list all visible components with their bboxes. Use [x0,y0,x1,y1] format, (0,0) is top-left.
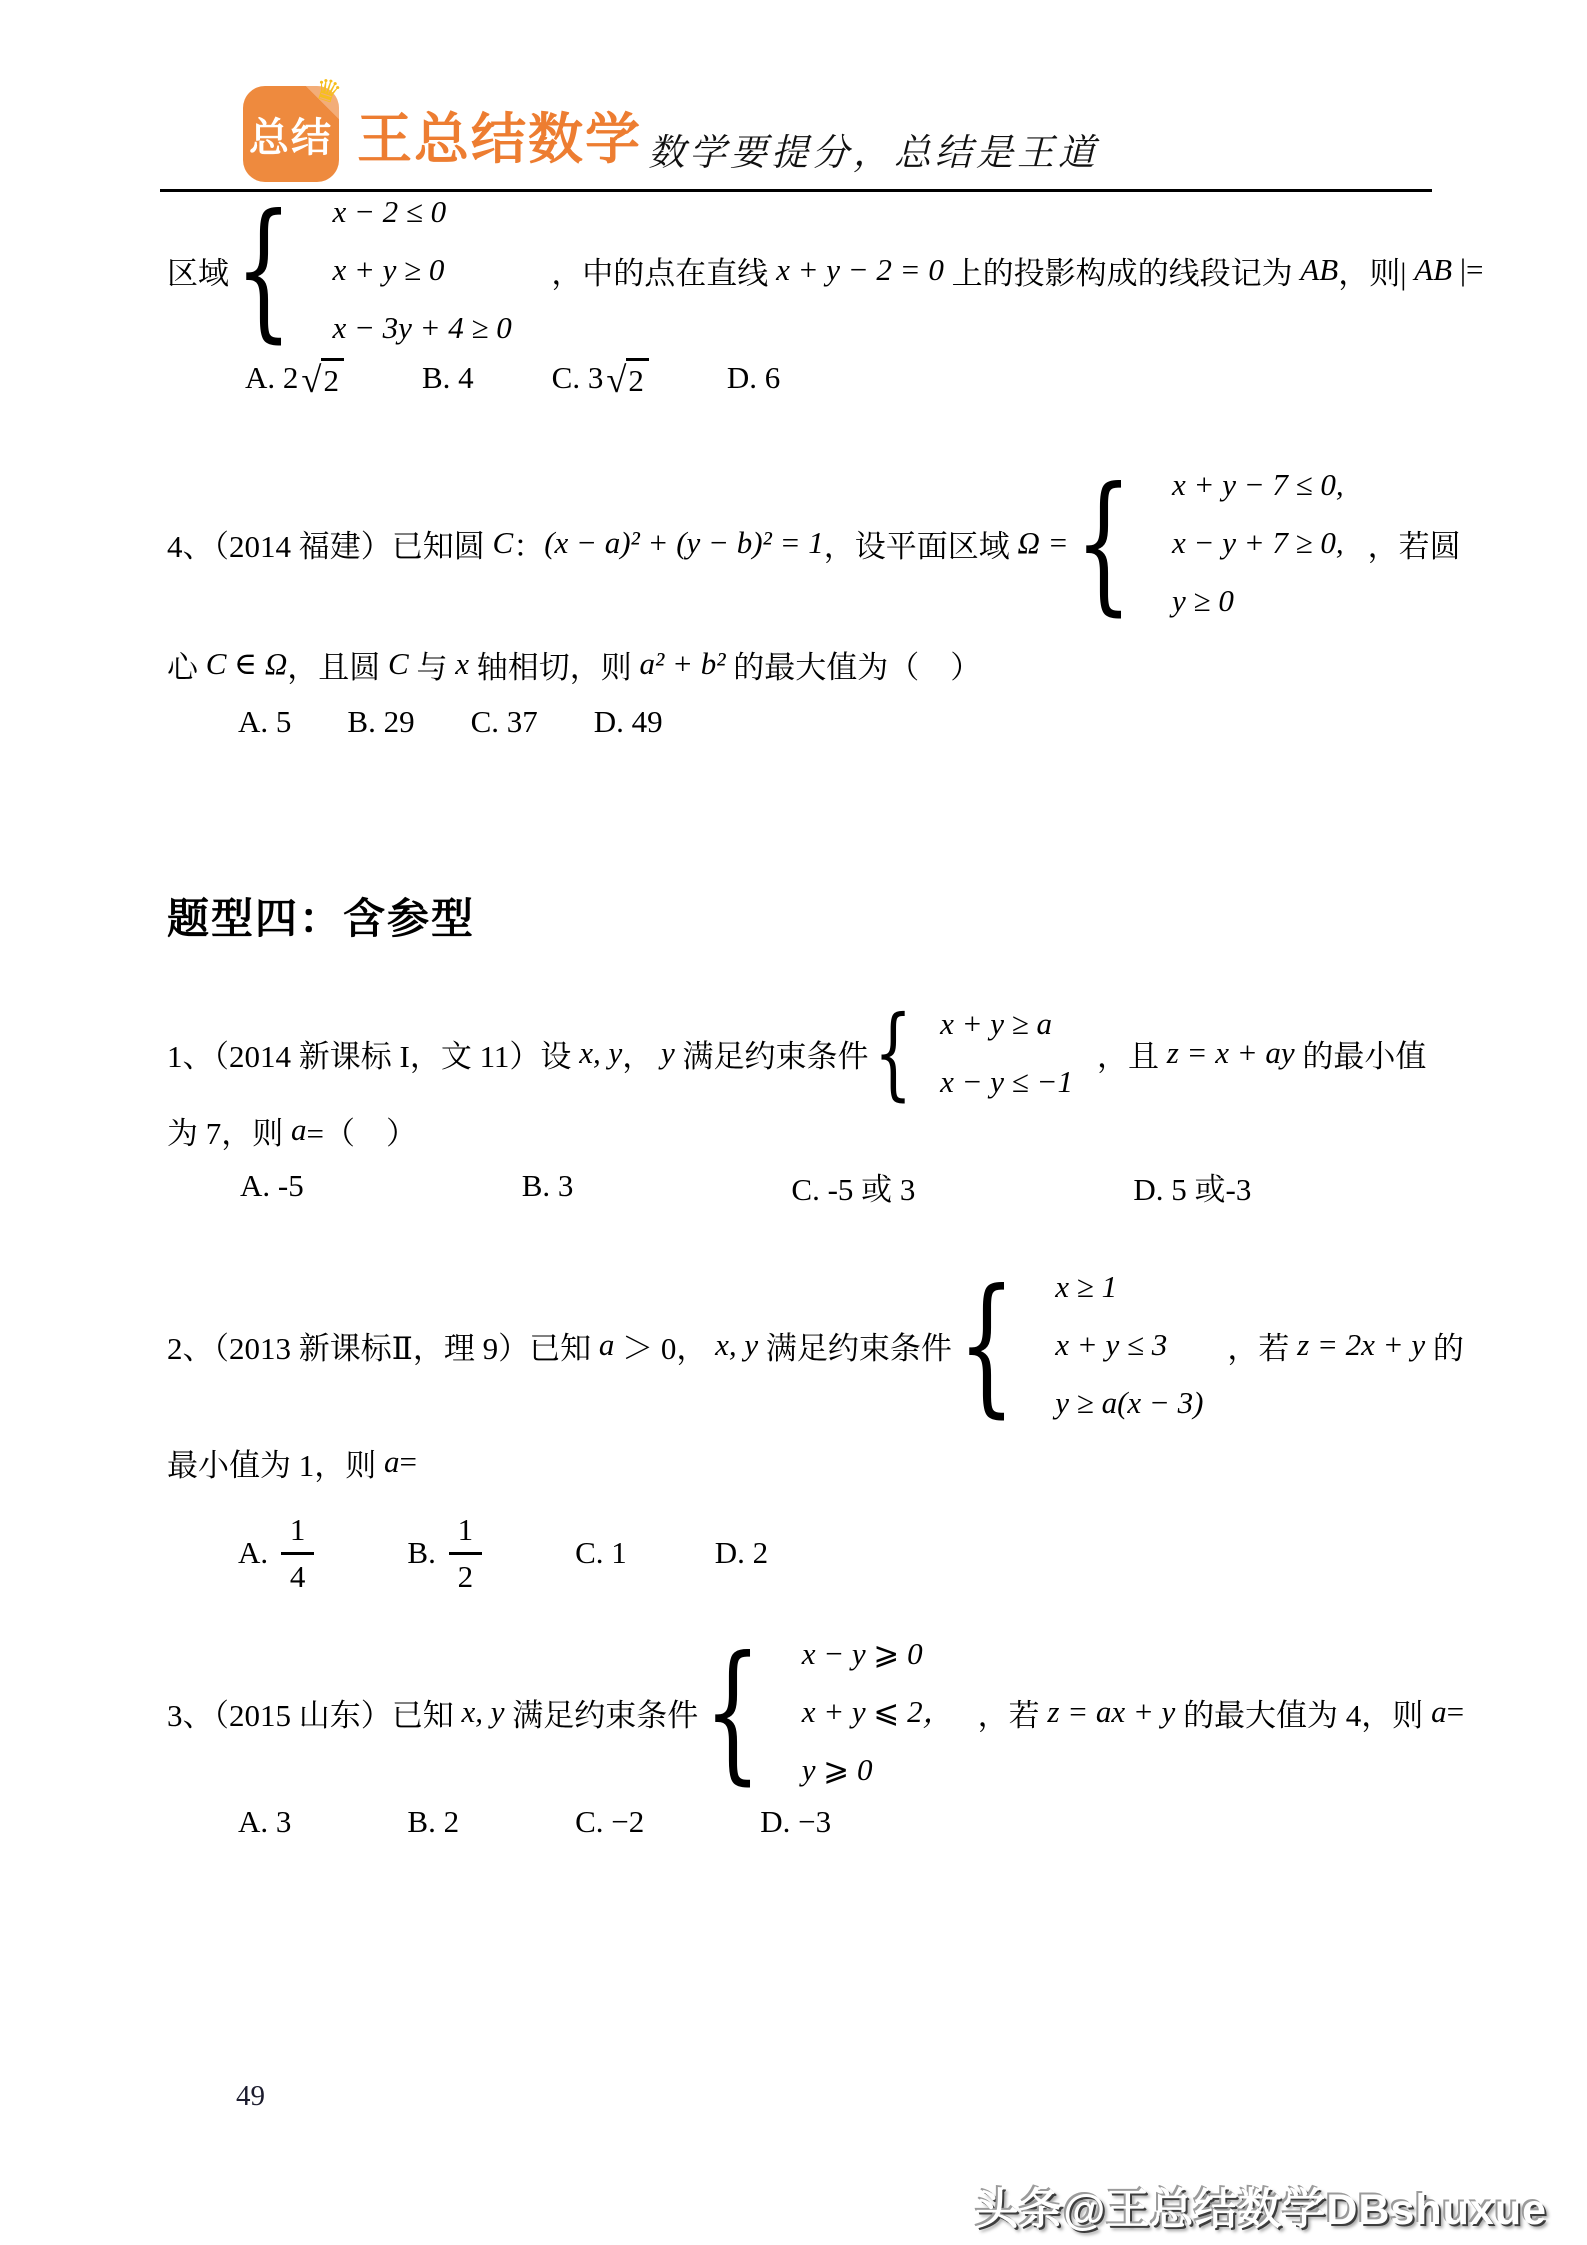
text-segment: 满足约束条件 [505,1690,699,1735]
brand-name: 王总结数学 [357,95,642,174]
text-segment: A. 3 [238,1804,291,1840]
text-segment: = [400,1444,417,1480]
text-segment: 的最大值为 4，则 [1175,1690,1431,1735]
math-segment: a [599,1327,615,1363]
math-segment: AB [1414,252,1452,288]
text-segment: A. 5 [238,704,291,740]
text-segment: 1、（2014 新课标 I，文 11）设 [167,1031,579,1076]
option-b: B. 29 [347,704,414,740]
fraction: 12 [449,1512,483,1594]
equation: x + y ⩽ 2， [802,1683,954,1741]
text-segment: 与 [409,642,456,687]
document-page: ♛ 总结 王总结数学 数学要提分，总结是王道 区域{x − 2 ≤ 0x + y… [0,0,1587,2245]
text-segment: 轴相切，则 [469,642,640,687]
radicand: 2 [321,358,344,399]
math-segment: C ∈ Ω [206,646,288,682]
header: ♛ 总结 王总结数学 [243,86,642,182]
option-a: A. -5 [240,1168,304,1204]
text-segment: 的最大值为（ ） [726,642,982,687]
problem-region-options: A. 2√2 B. 4 C. 3√2 D. 6 [245,352,780,404]
brand-logo: ♛ 总结 [243,86,339,182]
text-segment: D. 49 [594,704,663,740]
radical-sign: √ [301,362,321,399]
text-segment: 心 [167,642,206,687]
text-segment: 为 7，则 [167,1108,291,1153]
problem-4-line-2: 心 C ∈ Ω，且圆 C 与 x 轴相切，则 a² + b² 的最大值为（ ） [167,640,981,688]
math-segment: a [291,1112,307,1148]
equation: y ⩾ 0 [802,1741,954,1799]
question-3-options: A. 3 B. 2 C. −2 D. −3 [238,1798,831,1846]
inequality-system: {x − 2 ≤ 0x + y ≥ 0x − 3y + 4 ≥ 0 [235,183,512,357]
text-segment: ，且 [1097,1031,1167,1076]
math-segment: z = x + ay [1167,1035,1295,1071]
inequality-system: {x − y ⩾ 0x + y ⩽ 2，y ⩾ 0 [704,1625,953,1799]
math-segment: Ω = [1018,525,1069,561]
equation-column: x + y ≥ ax − y ≤ −1 [940,995,1073,1111]
equation-column: x − y ⩾ 0x + y ⩽ 2，y ⩾ 0 [802,1625,954,1799]
inequality-system: {x + y − 7 ≤ 0,x − y + 7 ≥ 0,y ≥ 0 [1075,456,1344,630]
option-a: A. 2√2 [245,358,344,399]
equation-column: x ≥ 1x + y ≤ 3y ≥ a(x − 3) [1055,1258,1203,1432]
brace-glyph: { [874,1003,912,1103]
page-number: 49 [236,2080,265,2113]
text-segment: 2、（2013 新课标Ⅱ，理 9）已知 [167,1323,599,1368]
text-segment: 的最小值 [1295,1031,1427,1076]
option-b: B. 12 [407,1512,487,1594]
equation: x − 3y + 4 ≥ 0 [332,299,511,357]
option-a: A. 5 [238,704,291,740]
equation: x + y ≥ a [940,995,1073,1053]
radical-sign: √ [606,362,626,399]
brace-glyph: { [1075,468,1132,618]
math-segment: C [493,525,514,561]
math-segment: z = 2x + y [1297,1327,1425,1363]
equation: x − y + 7 ≥ 0, [1172,514,1344,572]
equation: x − 2 ≤ 0 [332,183,511,241]
text-segment: ，且圆 [287,642,388,687]
text-segment: C. −2 [575,1804,644,1840]
math-segment: x, y [579,1035,622,1071]
question-2-line-2: 最小值为 1，则 a= [167,1438,417,1486]
equation-column: x + y − 7 ≤ 0,x − y + 7 ≥ 0,y ≥ 0 [1172,456,1344,630]
brace-glyph: { [958,1270,1015,1420]
question-1-line-2: 为 7，则 a=（ ） [167,1106,417,1154]
option-d: D. 2 [715,1535,768,1571]
math-segment: x, y [715,1327,758,1363]
equation-column: x − 2 ≤ 0x + y ≥ 0x − 3y + 4 ≥ 0 [332,183,511,357]
text-segment: C. 37 [471,704,538,740]
math-segment: x + y − 2 = 0 [776,252,944,288]
option-c: C. 3√2 [552,358,649,399]
logo-text: 总结 [249,106,333,163]
text-segment: =（ ） [307,1108,417,1153]
problem-region-line: 区域{x − 2 ≤ 0x + y ≥ 0x − 3y + 4 ≥ 0 ，中的点… [167,182,1484,358]
text-segment: ＞ 0， [614,1323,715,1368]
text-segment: ： [513,521,544,566]
option-d: D. 49 [594,704,663,740]
denominator: 4 [290,1555,306,1595]
radicand: 2 [626,358,649,399]
option-b: B. 2 [407,1804,459,1840]
brace-glyph: { [704,1637,761,1787]
text-segment: B. [407,1535,443,1571]
math-segment: y [661,1035,675,1071]
option-c: C. 1 [575,1535,627,1571]
problem-4-options: A. 5 B. 29 C. 37 D. 49 [238,698,663,746]
text-segment: ， [622,1031,661,1076]
math-segment: x [455,646,469,682]
equation: x − y ⩾ 0 [802,1625,954,1683]
math-segment: AB [1300,252,1338,288]
equation: x + y − 7 ≤ 0, [1172,456,1344,514]
inequality-system: {x + y ≥ ax − y ≤ −1 [874,995,1073,1111]
question-1-options: A. -5 B. 3 C. -5 或 3 D. 5 或-3 [240,1162,1251,1210]
text-segment: A. 2 [245,360,298,396]
text-segment: A. -5 [240,1168,304,1204]
text-segment: B. 2 [407,1804,459,1840]
text-segment: D. 2 [715,1535,768,1571]
math-segment: x, y [462,1694,505,1730]
option-a: A. 14 [238,1512,319,1594]
problem-4-line-1: 4、（2014 福建）已知圆 C：(x − a)² + (y − b)² = 1… [167,452,1461,634]
option-d: D. −3 [760,1804,831,1840]
text-segment: C. 3 [552,360,604,396]
option-c: C. 37 [471,704,538,740]
equation: y ≥ 0 [1172,572,1344,630]
question-2-options: A. 14 B. 12 C. 1 D. 2 [238,1492,768,1614]
crown-icon: ♛ [309,71,345,113]
numerator: 1 [449,1512,483,1555]
text-segment: D. 5 或-3 [1133,1164,1251,1209]
text-segment: ，若 [978,1690,1048,1735]
watermark: 头条@王总结数学DBshuxue [975,2176,1547,2237]
option-b: B. 3 [522,1168,574,1204]
text-segment: D. −3 [760,1804,831,1840]
option-d: D. 6 [727,360,780,396]
math-segment: (x − a)² + (y − b)² = 1 [544,525,824,561]
text-segment: 满足约束条件 [675,1031,869,1076]
option-a: A. 3 [238,1804,291,1840]
option-b: B. 4 [422,360,474,396]
equation: x − y ≤ −1 [940,1053,1073,1111]
text-segment: 4、（2014 福建）已知圆 [167,521,493,566]
text-segment: 3、（2015 山东）已知 [167,1690,462,1735]
equation: x + y ≤ 3 [1055,1316,1203,1374]
fraction: 14 [281,1512,315,1594]
text-segment: |= [1452,252,1483,288]
option-c: C. -5 或 3 [791,1164,915,1209]
text-segment: ，中的点在直线 [536,248,776,293]
inequality-system: {x ≥ 1x + y ≤ 3y ≥ a(x − 3) [958,1258,1204,1432]
text-segment: B. 4 [422,360,474,396]
math-segment: a² + b² [640,646,726,682]
numerator: 1 [281,1512,315,1555]
text-segment: 满足约束条件 [758,1323,952,1368]
text-segment: C. -5 或 3 [791,1164,915,1209]
text-segment: = [1447,1694,1464,1730]
math-segment: C [388,646,409,682]
text-segment: C. 1 [575,1535,627,1571]
text-segment: B. 3 [522,1168,574,1204]
equation: x + y ≥ 0 [332,241,511,299]
text-segment: ，设平面区域 [824,521,1018,566]
question-3-line-1: 3、（2015 山东）已知 x, y 满足约束条件{x − y ⩾ 0x + y… [167,1622,1464,1802]
equation: y ≥ a(x − 3) [1055,1374,1203,1432]
slogan: 数学要提分，总结是王道 [648,122,1099,176]
text-segment: A. [238,1535,276,1571]
denominator: 2 [458,1555,474,1595]
sqrt-expression: √2 [606,358,649,399]
text-segment: 上的投影构成的线段记为 [944,248,1301,293]
equation: x ≥ 1 [1055,1258,1203,1316]
math-segment: a [1431,1694,1447,1730]
text-segment: ，若 [1227,1323,1297,1368]
question-1-line-1: 1、（2014 新课标 I，文 11）设 x, y， y 满足约束条件{x + … [167,992,1426,1114]
text-segment: D. 6 [727,360,780,396]
question-2-line-1: 2、（2013 新课标Ⅱ，理 9）已知 a ＞ 0， x, y 满足约束条件{x… [167,1255,1464,1435]
text-segment: 的 [1425,1323,1464,1368]
option-d: D. 5 或-3 [1133,1164,1251,1209]
text-segment: ，若圆 [1368,521,1461,566]
text-segment: B. 29 [347,704,414,740]
text-segment: 区域 [167,248,229,293]
section-title: 题型四：含参型 [167,886,475,946]
text-segment: 最小值为 1，则 [167,1440,384,1485]
text-segment: ，则| [1338,248,1414,293]
sqrt-expression: √2 [301,358,344,399]
brace-glyph: { [235,195,292,345]
math-segment: z = ax + y [1047,1694,1175,1730]
option-c: C. −2 [575,1804,644,1840]
math-segment: a [384,1444,400,1480]
